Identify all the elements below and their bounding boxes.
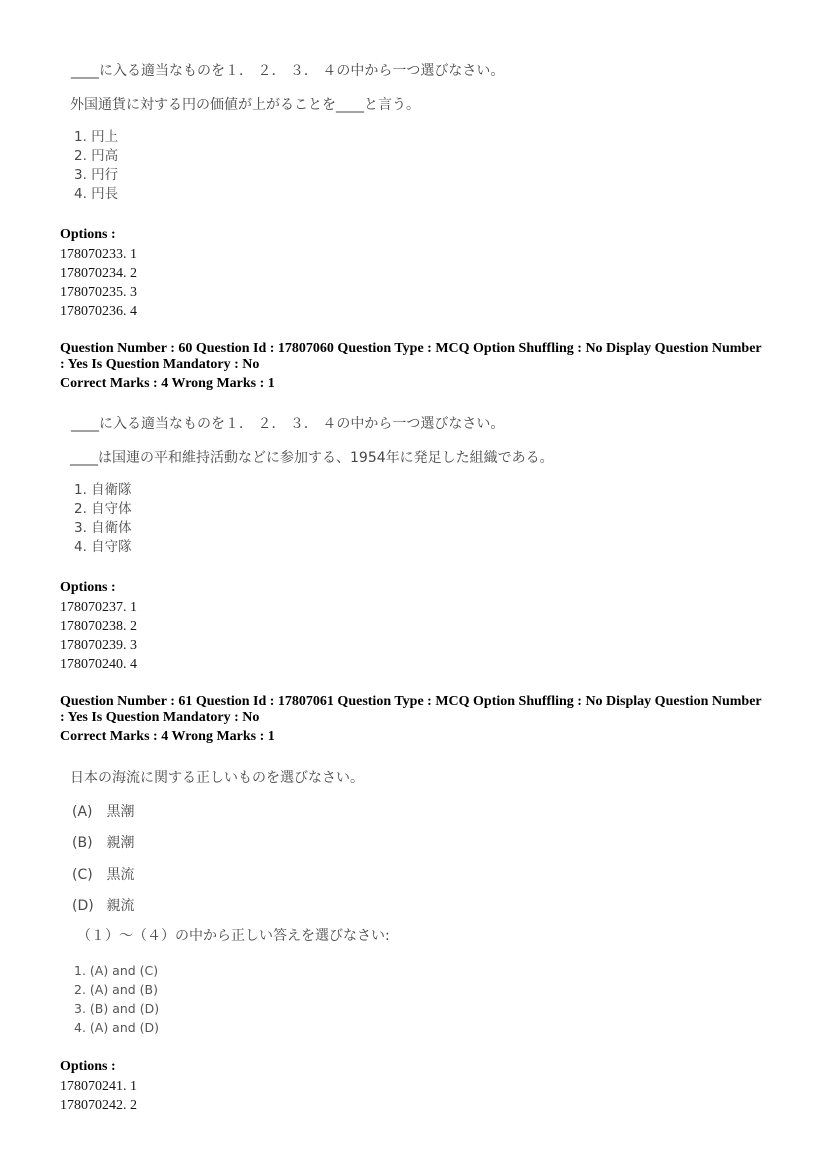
marks-line: Correct Marks : 4 Wrong Marks : 1	[60, 376, 765, 392]
marks-line: Correct Marks : 4 Wrong Marks : 1	[60, 729, 765, 745]
item-label: (C)	[72, 860, 102, 891]
choice-item: 2. 自守体	[74, 500, 132, 519]
item-label: (B)	[72, 828, 102, 859]
choice-item: 1. (A) and (C)	[74, 961, 159, 980]
question-60-header-block: Question Number : 60 Question Id : 17807…	[60, 341, 765, 392]
option-id: 178070235. 3	[60, 283, 137, 302]
lettered-item: (A) 黒潮	[72, 797, 134, 828]
item-label: (D)	[72, 891, 102, 922]
question-61-header-block: Question Number : 61 Question Id : 17807…	[60, 694, 765, 745]
choice-item: 3. (B) and (D)	[74, 999, 159, 1018]
choice-item: 3. 自衛体	[74, 519, 132, 538]
lettered-item: (D) 親流	[72, 891, 134, 922]
option-id-list: 178070237. 1 178070238. 2 178070239. 3 1…	[60, 598, 137, 674]
sub-instruction: （１）～（４）の中から正しい答えを選びなさい:	[77, 929, 390, 944]
option-id: 178070233. 1	[60, 245, 137, 264]
question-header: Question Number : 61 Question Id : 17807…	[60, 694, 765, 726]
option-id: 178070236. 4	[60, 302, 137, 321]
choice-item: 2. (A) and (B)	[74, 980, 159, 999]
option-id: 178070240. 4	[60, 655, 137, 674]
exam-document-page: ____に入る適当なものを１． ２． ３． ４の中から一つ選びなさい。 外国通貨…	[0, 0, 826, 1169]
question-body: 外国通貨に対する円の価値が上がることを____と言う。	[70, 98, 420, 113]
choice-list: 1. 自衛隊 2. 自守体 3. 自衛体 4. 自守隊	[74, 481, 132, 557]
option-id: 178070241. 1	[60, 1077, 137, 1096]
options-label: Options :	[60, 1057, 137, 1077]
option-id: 178070234. 2	[60, 264, 137, 283]
question-body: 日本の海流に関する正しいものを選びなさい。	[70, 771, 364, 786]
item-label: (A)	[72, 797, 102, 828]
options-block: Options : 178070233. 1 178070234. 2 1780…	[60, 225, 137, 321]
lettered-item-list: (A) 黒潮 (B) 親潮 (C) 黒流 (D) 親流	[72, 797, 134, 923]
option-id-list: 178070241. 1 178070242. 2	[60, 1077, 137, 1115]
item-text: 黒流	[106, 867, 134, 883]
choice-item: 4. 円長	[74, 185, 118, 204]
options-block: Options : 178070241. 1 178070242. 2	[60, 1057, 137, 1115]
choice-item: 1. 円上	[74, 128, 118, 147]
option-id: 178070242. 2	[60, 1096, 137, 1115]
choice-item: 2. 円高	[74, 147, 118, 166]
option-id: 178070237. 1	[60, 598, 137, 617]
option-id: 178070238. 2	[60, 617, 137, 636]
choice-item: 3. 円行	[74, 166, 118, 185]
choice-item: 1. 自衛隊	[74, 481, 132, 500]
options-block: Options : 178070237. 1 178070238. 2 1780…	[60, 578, 137, 674]
choice-item: 4. (A) and (D)	[74, 1018, 159, 1037]
lettered-item: (C) 黒流	[72, 860, 134, 891]
options-label: Options :	[60, 225, 137, 245]
lettered-item: (B) 親潮	[72, 828, 134, 859]
choice-item: 4. 自守隊	[74, 538, 132, 557]
option-id: 178070239. 3	[60, 636, 137, 655]
choice-list: 1. 円上 2. 円高 3. 円行 4. 円長	[74, 128, 118, 204]
question-header: Question Number : 60 Question Id : 17807…	[60, 341, 765, 373]
choice-list: 1. (A) and (C) 2. (A) and (B) 3. (B) and…	[74, 961, 159, 1037]
options-label: Options :	[60, 578, 137, 598]
option-id-list: 178070233. 1 178070234. 2 178070235. 3 1…	[60, 245, 137, 321]
item-text: 親流	[106, 898, 134, 914]
question-instruction: ____に入る適当なものを１． ２． ３． ４の中から一つ選びなさい。	[71, 417, 504, 432]
item-text: 黒潮	[106, 804, 134, 820]
item-text: 親潮	[106, 835, 134, 851]
question-instruction: ____に入る適当なものを１． ２． ３． ４の中から一つ選びなさい。	[71, 64, 504, 79]
question-body: ____は国連の平和維持活動などに参加する、1954年に発足した組織である。	[70, 451, 554, 466]
